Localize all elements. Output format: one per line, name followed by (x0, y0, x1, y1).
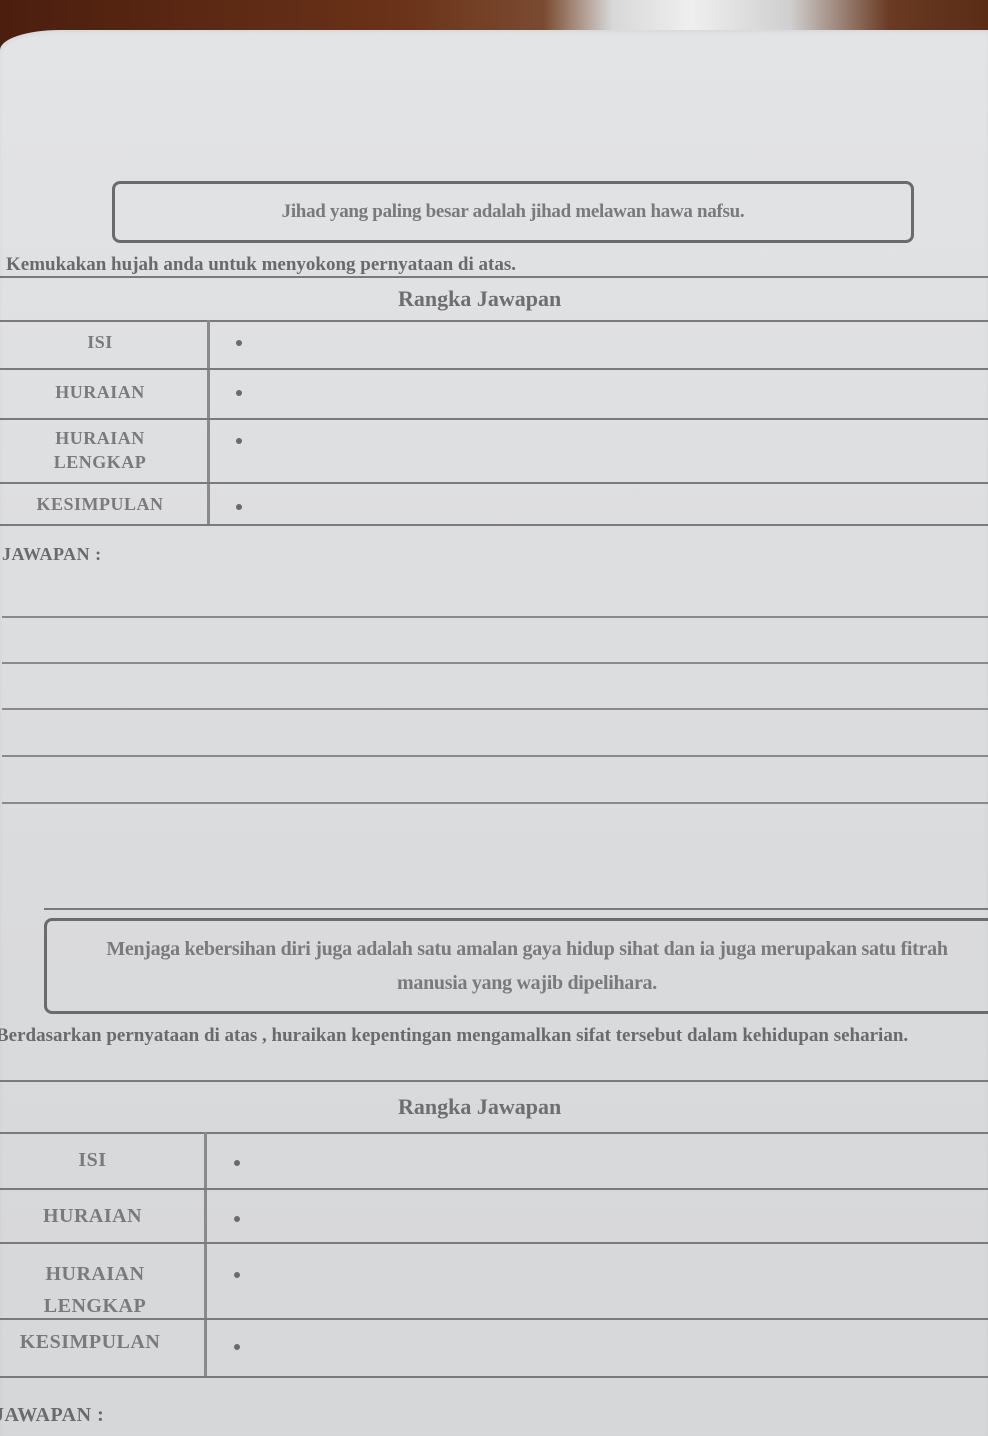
row-label-isi: ISI (0, 330, 200, 354)
statement-text-2: Menjaga kebersihan diri juga adalah satu… (87, 932, 967, 1000)
divider (0, 368, 988, 370)
bullet-icon (234, 1272, 240, 1278)
row-label-huraian: HURAIAN (0, 1204, 185, 1228)
instruction-text-2: Berdasarkan pernyataan di atas , huraika… (0, 1025, 908, 1046)
bullet-icon (236, 390, 242, 396)
row-label-kesimpulan: KESIMPULAN (0, 1330, 190, 1354)
bullet-icon (236, 340, 242, 346)
divider (0, 1188, 988, 1190)
column-divider (207, 320, 210, 526)
divider (0, 1242, 988, 1244)
bullet-icon (234, 1160, 240, 1166)
answer-label-1: JAWAPAN : (2, 544, 102, 565)
divider (0, 1376, 988, 1378)
row-label-huraian-lengkap: HURAIAN LENGKAP (20, 1258, 170, 1322)
answer-line[interactable] (2, 755, 988, 757)
table-title-2: Rangka Jawapan (398, 1094, 561, 1120)
statement-box-1: Jihad yang paling besar adalah jihad mel… (112, 181, 914, 243)
answer-line[interactable] (2, 708, 988, 710)
statement-text-1: Jihad yang paling besar adalah jihad mel… (282, 201, 745, 223)
table-title-1: Rangka Jawapan (398, 286, 561, 312)
row-label-huraian-lengkap: HURAIAN LENGKAP (30, 426, 170, 474)
divider (0, 482, 988, 484)
answer-line[interactable] (2, 802, 988, 804)
answer-line[interactable] (2, 662, 988, 664)
bullet-icon (234, 1344, 240, 1350)
column-divider (204, 1132, 207, 1378)
row-label-isi: ISI (0, 1148, 185, 1172)
divider (0, 1080, 988, 1082)
divider (0, 418, 988, 420)
divider (0, 524, 988, 526)
statement-box-2: Menjaga kebersihan diri juga adalah satu… (44, 918, 988, 1014)
answer-line[interactable] (2, 616, 988, 618)
divider (0, 320, 988, 322)
divider (44, 908, 988, 910)
divider (0, 1318, 988, 1320)
divider (0, 276, 988, 278)
instruction-2: Berdasarkan pernyataan di atas , huraika… (0, 1018, 988, 1054)
bullet-icon (236, 438, 242, 444)
instruction-1: Kemukakan hujah anda untuk menyokong per… (6, 254, 516, 276)
row-label-kesimpulan: KESIMPULAN (0, 492, 200, 516)
answer-label-2: JAWAPAN : (0, 1404, 104, 1427)
bullet-icon (236, 504, 242, 510)
bullet-icon (234, 1216, 240, 1222)
row-label-huraian: HURAIAN (0, 380, 200, 404)
divider (0, 1132, 988, 1134)
